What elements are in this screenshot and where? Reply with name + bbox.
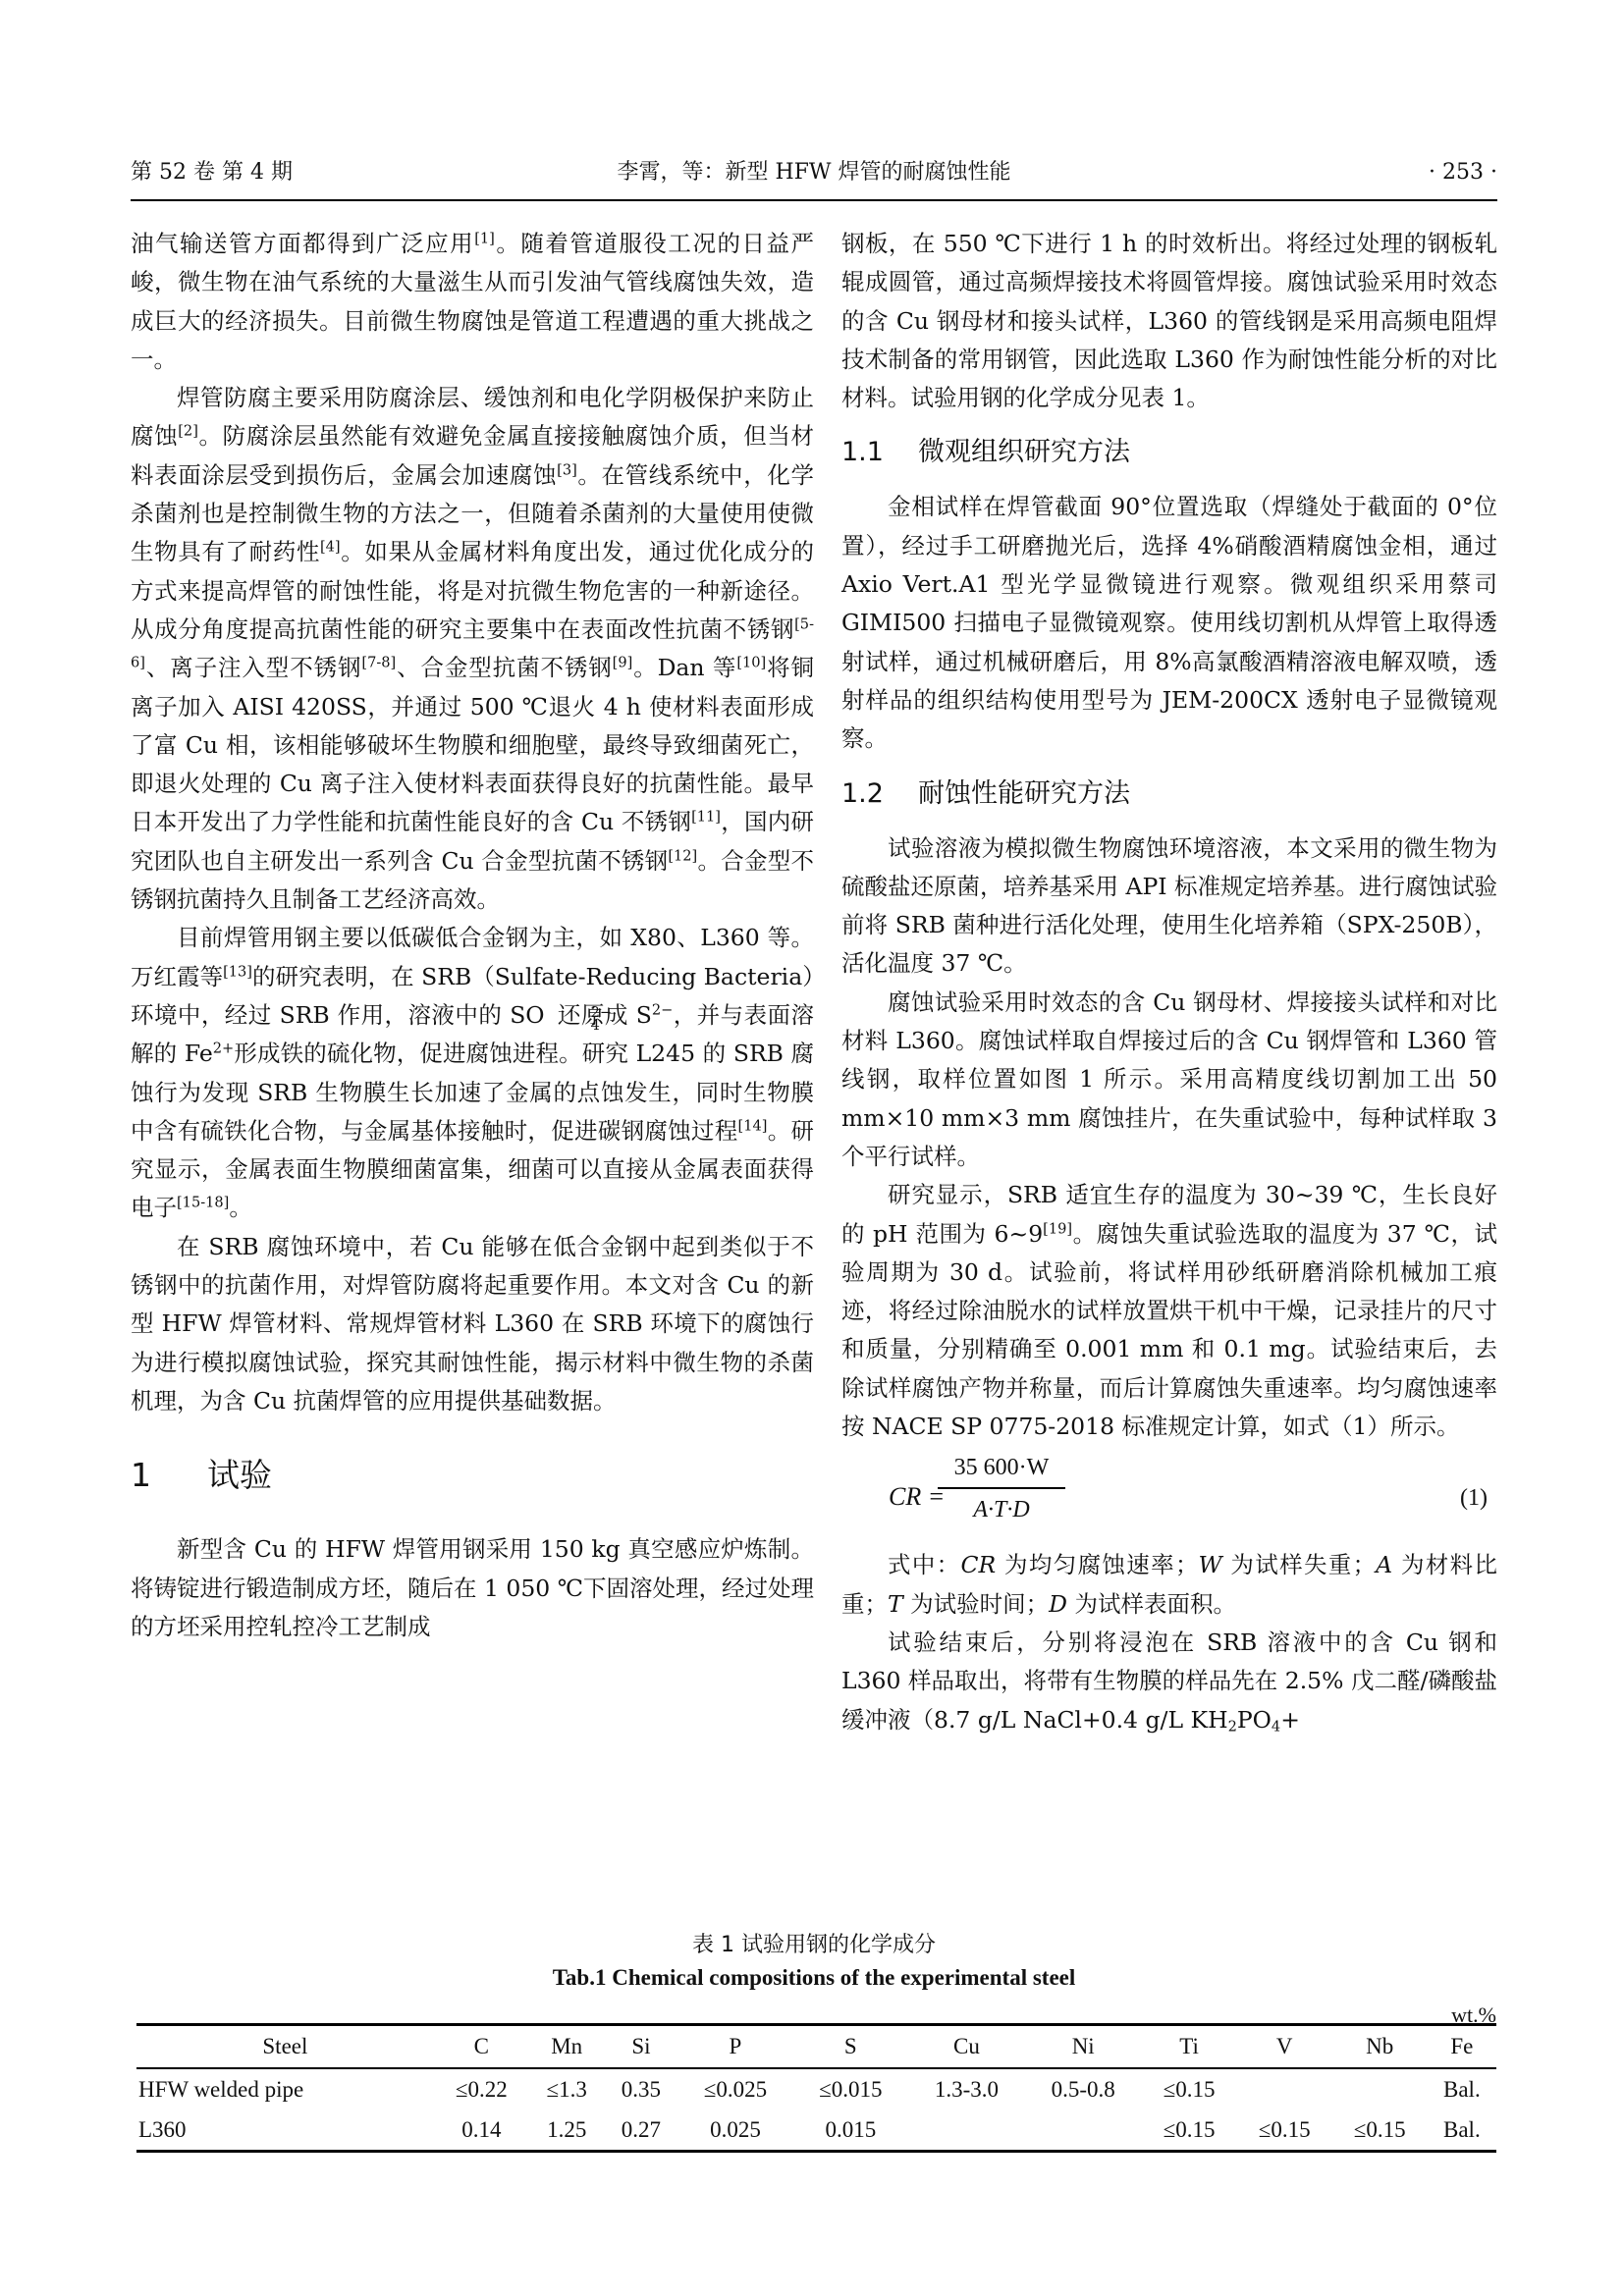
table-cell: HFW welded pipe xyxy=(136,2068,434,2109)
paragraph: 油气输送管方面都得到广泛应用[1]。随着管道服役工况的日益严峻，微生物在油气系统… xyxy=(131,225,814,379)
paragraph: 新型含 Cu 的 HFW 焊管用钢采用 150 kg 真空感应炉炼制。将铸锭进行… xyxy=(131,1530,814,1646)
table-row: L360 0.14 1.25 0.27 0.025 0.015 ≤0.15 ≤0… xyxy=(136,2109,1496,2152)
running-title: 李霄，等：新型 HFW 焊管的耐腐蚀性能 xyxy=(131,155,1497,190)
column-header: C xyxy=(434,2025,529,2069)
column-header: Steel xyxy=(136,2025,434,2069)
column-header: Cu xyxy=(908,2025,1025,2069)
citation[interactable]: [3] xyxy=(557,461,577,478)
table-cell: 1.3-3.0 xyxy=(908,2068,1025,2109)
table-cell: L360 xyxy=(136,2109,434,2152)
table-cell: 0.025 xyxy=(677,2109,792,2152)
column-header: Mn xyxy=(529,2025,605,2069)
chemical-composition-table: Steel C Mn Si P S Cu Ni Ti V Nb Fe HFW w… xyxy=(136,2023,1496,2153)
paragraph: 试验结束后，分别将浸泡在 SRB 溶液中的含 Cu 钢和 L360 样品取出，将… xyxy=(841,1624,1497,1739)
section-heading-1: 1试验 xyxy=(131,1454,814,1497)
equation-lhs: CR = xyxy=(889,1477,945,1516)
table-cell: 0.015 xyxy=(793,2109,908,2152)
table-cell xyxy=(1025,2109,1142,2152)
citation[interactable]: [14] xyxy=(738,1117,768,1134)
right-column: 钢板，在 550 ℃下进行 1 h 的时效析出。将经过处理的钢板轧辊成圆管，通过… xyxy=(841,225,1497,1739)
table-cell: ≤0.15 xyxy=(1142,2109,1237,2152)
equation-1: CR = 35 600·W A·T·D (1) xyxy=(841,1450,1497,1544)
table-cell xyxy=(1237,2068,1332,2109)
table-cell: 0.27 xyxy=(605,2109,678,2152)
table-cell: ≤0.22 xyxy=(434,2068,529,2109)
table-header-row: Steel C Mn Si P S Cu Ni Ti V Nb Fe xyxy=(136,2025,1496,2069)
citation[interactable]: [15-18] xyxy=(177,1195,229,1211)
citation[interactable]: [11] xyxy=(691,809,721,826)
table-cell: 0.5-0.8 xyxy=(1025,2068,1142,2109)
table-cell: Bal. xyxy=(1428,2068,1496,2109)
equation-number: (1) xyxy=(1460,1479,1488,1518)
paragraph: 金相试样在焊管截面 90°位置选取（焊缝处于截面的 0°位置），经过手工研磨抛光… xyxy=(841,488,1497,758)
citation[interactable]: [1] xyxy=(474,230,495,246)
table-cell: ≤0.025 xyxy=(677,2068,792,2109)
table-cell: ≤1.3 xyxy=(529,2068,605,2109)
column-header: Ti xyxy=(1142,2025,1237,2069)
paragraph: 研究显示，SRB 适宜生存的温度为 30~39 ℃，生长良好的 pH 范围为 6… xyxy=(841,1176,1497,1446)
column-header: Si xyxy=(605,2025,678,2069)
denominator: A·T·D xyxy=(938,1491,1065,1528)
column-header: Ni xyxy=(1025,2025,1142,2069)
sulfate-charge: 2−4 xyxy=(545,999,558,1023)
running-header: 第 52 卷 第 4 期 李霄，等：新型 HFW 焊管的耐腐蚀性能 · 253 … xyxy=(131,155,1497,190)
paragraph: 式中：CR 为均匀腐蚀速率；W 为试样失重；A 为材料比重；T 为试验时间；D … xyxy=(841,1546,1497,1624)
table-cell: ≤0.15 xyxy=(1332,2109,1428,2152)
paragraph: 在 SRB 腐蚀环境中，若 Cu 能够在低合金钢中起到类似于不锈钢中的抗菌作用，… xyxy=(131,1228,814,1420)
section-heading-1-2: 1.2耐蚀性能研究方法 xyxy=(841,774,1497,814)
table-cell xyxy=(1332,2068,1428,2109)
paragraph: 钢板，在 550 ℃下进行 1 h 的时效析出。将经过处理的钢板轧辊成圆管，通过… xyxy=(841,225,1497,417)
table-row: HFW welded pipe ≤0.22 ≤1.3 0.35 ≤0.025 ≤… xyxy=(136,2068,1496,2109)
table-cell xyxy=(908,2109,1025,2152)
page-number: · 253 · xyxy=(1429,155,1497,190)
citation[interactable]: [13] xyxy=(223,963,252,980)
column-header: Nb xyxy=(1332,2025,1428,2069)
table-cell: 0.35 xyxy=(605,2068,678,2109)
citation[interactable]: [10] xyxy=(736,655,766,671)
table-cell: 1.25 xyxy=(529,2109,605,2152)
fraction-bar xyxy=(938,1487,1065,1489)
numerator: 35 600·W xyxy=(938,1450,1065,1485)
citation[interactable]: [2] xyxy=(178,423,198,440)
paragraph: 腐蚀试验采用时效态的含 Cu 钢母材、焊接接头试样和对比材料 L360。腐蚀试样… xyxy=(841,984,1497,1176)
citation[interactable]: [4] xyxy=(320,539,341,556)
paragraph: 试验溶液为模拟微生物腐蚀环境溶液，本文采用的微生物为硫酸盐还原菌，培养基采用 A… xyxy=(841,829,1497,984)
citation[interactable]: [19] xyxy=(1043,1220,1072,1237)
table-caption-cn: 表 1 试验用钢的化学成分 xyxy=(131,1931,1497,1960)
citation[interactable]: [7-8] xyxy=(361,655,396,671)
table-cell: ≤0.15 xyxy=(1142,2068,1237,2109)
column-header: V xyxy=(1237,2025,1332,2069)
table-cell: Bal. xyxy=(1428,2109,1496,2152)
header-rule xyxy=(131,199,1497,201)
section-heading-1-1: 1.1微观组织研究方法 xyxy=(841,433,1497,472)
left-column: 油气输送管方面都得到广泛应用[1]。随着管道服役工况的日益严峻，微生物在油气系统… xyxy=(131,225,814,1646)
table-caption-en: Tab.1 Chemical compositions of the exper… xyxy=(131,1963,1497,1993)
column-header: Fe xyxy=(1428,2025,1496,2069)
citation[interactable]: [12] xyxy=(668,847,697,864)
paragraph: 焊管防腐主要采用防腐涂层、缓蚀剂和电化学阴极保护来防止腐蚀[2]。防腐涂层虽然能… xyxy=(131,379,814,919)
column-header: P xyxy=(677,2025,792,2069)
table-cell: ≤0.15 xyxy=(1237,2109,1332,2152)
paragraph: 目前焊管用钢主要以低碳低合金钢为主，如 X80、L360 等。万红霞等[13]的… xyxy=(131,919,814,1227)
citation[interactable]: [9] xyxy=(613,655,633,671)
table-cell: 0.14 xyxy=(434,2109,529,2152)
column-header: S xyxy=(793,2025,908,2069)
equation-fraction: 35 600·W A·T·D xyxy=(938,1450,1065,1528)
table-cell: ≤0.015 xyxy=(793,2068,908,2109)
